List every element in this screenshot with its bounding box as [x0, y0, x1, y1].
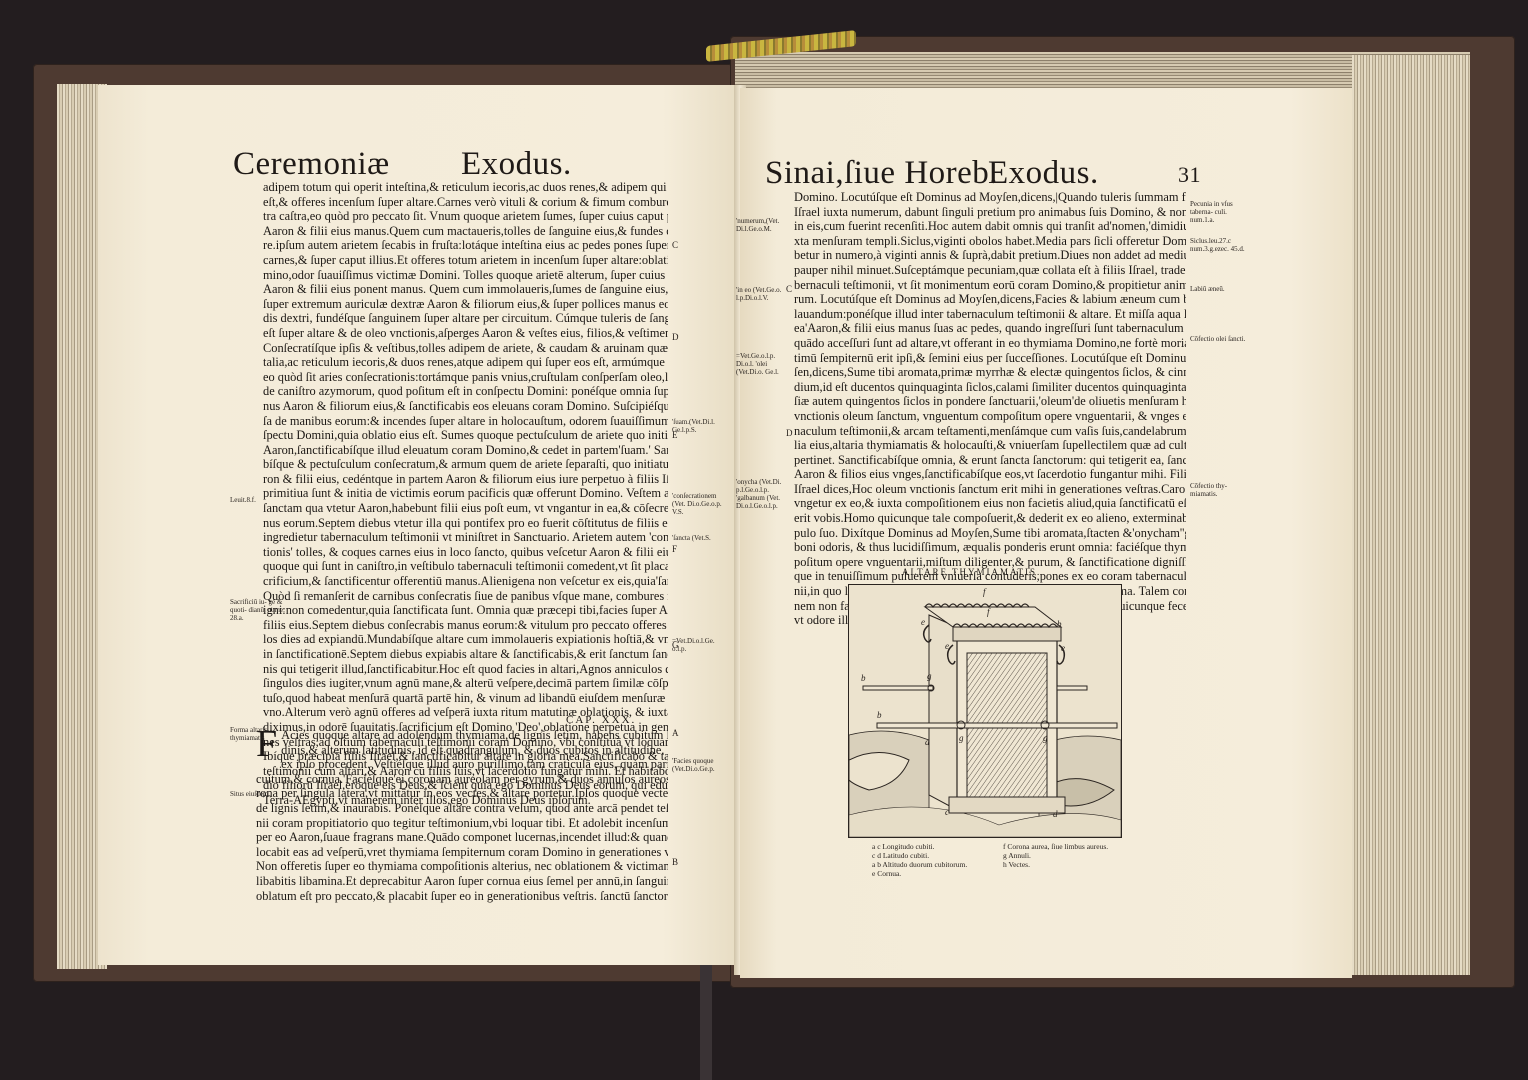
section-letter: F	[672, 544, 677, 554]
svg-text:g: g	[927, 671, 932, 681]
margin-note: Pecunia in vſus taberna- culi. num.1.a.	[1190, 200, 1246, 224]
text-line: in ſanctificationē.Septem diebus expiabi…	[263, 647, 668, 662]
text-line: Non offeretis ſuper eo thymiama compoſit…	[256, 859, 668, 874]
text-line: quoque qui ſunt in caniſtro,in veſtibulo…	[263, 559, 668, 574]
text-line: ingredietur tabernaculum teſtimonii vt m…	[263, 530, 668, 545]
text-line: dis dextri, fundéſque ſanguinem ſuper al…	[263, 311, 668, 326]
text-line: tuſo,quod habeat menſurā quartā partē hi…	[263, 691, 668, 706]
text-line: nis qui tetigerit illud,ſanctificabitur.…	[263, 662, 668, 677]
svg-text:b: b	[861, 673, 866, 683]
text-line: xta menſuram templi.Siclus,viginti obolo…	[794, 234, 1186, 249]
svg-text:g: g	[1043, 733, 1048, 743]
margin-note: =Vet.Di.o.l.Ge. o.l.p.	[672, 637, 728, 653]
section-letter: C	[672, 240, 678, 250]
figure-legend-right: f Corona aurea, ſiue limbus aureus. g An…	[1003, 842, 1108, 869]
text-line: dium,id eſt ducentos quinquaginta ſiclos…	[794, 380, 1186, 395]
section-letter: E	[672, 430, 678, 440]
text-line: ſpectu Domini,quia oblatio eius eſt. Sum…	[263, 428, 668, 443]
text-line: in eis,cum fuerint recenſiti.Hoc autem d…	[794, 219, 1186, 234]
margin-note: 'in eo (Vet.Ge.o. l.p.Di.o.l.V.	[736, 286, 792, 302]
text-line: cuitum,& cornua.'Faciéſque'ei coronam au…	[256, 772, 668, 787]
text-line: Conſecratíſque ipſis & veſtibus,tolles a…	[263, 341, 668, 356]
right-running-head-title: Sinai,ſiue Horeb.	[765, 155, 998, 192]
text-line: boni odoris, & thus lucidiſſimum, æquali…	[794, 540, 1186, 555]
text-line: mino,odor ſuauiſſimus victimæ Domini. To…	[263, 268, 668, 283]
text-line: naculum teſtimonii,& arcam teſtamenti,me…	[794, 424, 1186, 439]
chapter-30-text: F Acies quoque altare ad adolendum thymi…	[256, 728, 668, 903]
text-line: ſuper extremum auriculæ dextræ Aaron & f…	[263, 297, 668, 312]
text-line: Iſrael iuxta numerum, dabunt ſinguli pre…	[794, 205, 1186, 220]
text-line: Aaron & filios eius vnges,ſanctificabíſq…	[794, 467, 1186, 482]
text-line: crificium,& ſanctificentur offerentiū ma…	[263, 574, 668, 589]
margin-note: Forma altaris thymiamatis	[230, 726, 286, 742]
text-line: rum. Locutúſque eſt Dominus ad Moyſen,di…	[794, 292, 1186, 307]
text-line: eſt ſuper altare & de oleo vnctionis,aſp…	[263, 326, 668, 341]
svg-text:b: b	[877, 710, 882, 720]
svg-text:d: d	[1053, 809, 1058, 819]
text-line: nus eorum.Septem diebus vtetur illa qui …	[263, 516, 668, 531]
text-line: igni:non comedentur,quia ſanctificata ſu…	[263, 603, 668, 618]
margin-note: Cōfectio olei ſancti.	[1190, 335, 1246, 343]
section-letter: C	[786, 284, 792, 294]
text-line: Aaron & filii eius ponent manus. Quem cu…	[263, 282, 668, 297]
text-line: carnes,& ſuper caput illius.Et offeres t…	[263, 253, 668, 268]
section-letter: D	[786, 428, 793, 438]
svg-text:e: e	[1061, 643, 1065, 653]
margin-note: Cōfectio thy- miamatis.	[1190, 482, 1246, 498]
text-line: timū ſempiternū erit ipſi,& ſemini eius …	[794, 351, 1186, 366]
text-line: ſanctam qua vtetur Aaron,habebunt filii …	[263, 501, 668, 516]
text-line: ex ipſo procedent. Veſtiéſque illud auro…	[281, 757, 668, 772]
spine-shadow	[700, 962, 712, 1080]
text-line: de caniſtro azymorum, quod poſitum eſt i…	[263, 384, 668, 399]
figure-title: ALTARE THYMIAMATIS.	[902, 567, 1041, 577]
margin-note: =Vet.Ge.o.l.p. Di.o.l. 'olei (Vet.Di.o. …	[736, 352, 792, 376]
text-line: filiis eius.Septem diebus conſecrabis ma…	[263, 618, 668, 633]
margin-note: 'Facies quoque (Vet.Di.o.Ge.p.	[672, 757, 728, 773]
margin-note: Situs eiuſdem	[230, 790, 286, 798]
text-line: dinis,& alterum latitudinis, id eſt quad…	[281, 743, 668, 758]
text-line: oblatum eſt pro peccato,& placabit ſuper…	[256, 889, 668, 904]
text-line: betur in numero,à viginti annis & ſuprà,…	[794, 248, 1186, 263]
section-letter: D	[672, 332, 679, 342]
altar-of-incense-woodcut: f f b e e e b g b g g a c d	[848, 584, 1122, 838]
left-running-head-title: Ceremoniæ	[233, 146, 390, 183]
right-running-head-book: Exodus.	[988, 155, 1099, 192]
text-line: Iſrael dices,Hoc oleum vnctionis ſanctum…	[794, 482, 1186, 497]
margin-note: Leuit.8.f.	[230, 496, 286, 504]
text-line: talia,ac reticulum iecoris,& duos renes,…	[263, 355, 668, 370]
svg-text:b: b	[1057, 619, 1062, 629]
text-line: ſiæ autem quingentos ſiclos in pondere ſ…	[794, 394, 1186, 409]
label-f-top: f	[983, 587, 987, 597]
section-letter: B	[672, 857, 678, 867]
text-line: primitiua ſunt & initia de victimis eoru…	[263, 486, 668, 501]
text-line: re.ipſum autem arietem ſecabis in fruſta…	[263, 238, 668, 253]
left-running-head-book: Exodus.	[461, 146, 572, 183]
page-edges-right	[1352, 55, 1470, 975]
text-line: los dies ad expiandū.Mundabíſque altare …	[263, 632, 668, 647]
text-line: eo quòd ſit aries conſecrationis:tortámq…	[263, 370, 668, 385]
text-line: vnctionis oleum ſanctum, vnguentum compo…	[794, 409, 1186, 424]
right-page-body: Domino. Locutúſque eſt Dominus ad Moyſen…	[794, 190, 1186, 628]
text-line: de lignis ſetim,& inaurabis. Ponéſque al…	[256, 801, 668, 816]
text-line: quādo acceſſuri ſunt ad altare,vt offera…	[794, 336, 1186, 351]
text-line: ſingulos dies iugiter,vnum agnū mane,& a…	[263, 676, 668, 691]
svg-text:a: a	[925, 737, 930, 747]
svg-text:e: e	[945, 641, 949, 651]
text-line: ea'Aaron,& filii eius manus ſuas ac pede…	[794, 321, 1186, 336]
margin-note: 'ſancta (Vet.S.	[672, 534, 728, 542]
chapter-heading: CAP. XXX.	[566, 714, 636, 726]
text-line: lia eius,altaria thymiamatis & holocauſt…	[794, 438, 1186, 453]
text-line: pulo ſuo. Dixítque Dominus ad Moyſen,Sum…	[794, 526, 1186, 541]
text-line: tionis' tolles, & coques carnes eius in …	[263, 545, 668, 560]
text-line: eſt,& offeres incenſum ſuper altare.Carn…	[263, 195, 668, 210]
margin-note: Labiū æneū.	[1190, 285, 1246, 293]
text-line: libabitis libamina.Et deprecabitur Aaron…	[256, 874, 668, 889]
figure-legend-left: a c Longitudo cubiti. c d Latitudo cubit…	[872, 842, 967, 878]
margin-note: 'onycha (Vet.Di. p.l.Ge.o.l.p. 'galbanum…	[736, 478, 792, 510]
section-letter: A	[672, 728, 679, 738]
text-line: tra caſtra,eo quòd pro peccato ſit. Vnum…	[263, 209, 668, 224]
text-line: Quòd ſi remanſerit de carnibus conſecrat…	[263, 589, 668, 604]
text-line: ſen,dicens,Sume tibi aromata,primæ myrrh…	[794, 365, 1186, 380]
margin-note: 'numerum,(Vet. Di.l.Ge.o.M.	[736, 217, 792, 233]
svg-text:c: c	[945, 807, 949, 817]
text-line: pauper nihil minuet.Suſceptámque pecunia…	[794, 263, 1186, 278]
text-line: bíſque & pectuſculum conſecratum,& armum…	[263, 457, 668, 472]
text-line: adipem totum qui operit inteſtina,& reti…	[263, 180, 668, 195]
text-line: Aaron & filii eius manus.Quem cum mactau…	[263, 224, 668, 239]
text-line: ron & filii eius, cedéntque in partem Aa…	[263, 472, 668, 487]
text-line: vngetur ex eo,& iuxta compoſitionem eius…	[794, 496, 1186, 511]
text-line: bernaculi teſtimonii, vt ſit monimentum …	[794, 278, 1186, 293]
page-number: 31	[1178, 162, 1201, 188]
text-line: nus Aaron & filiorum eius,& ſanctificabi…	[263, 399, 668, 414]
margin-note: 'conſecrationem (Vet. Di.o.Ge.o.p. V.S.	[672, 492, 728, 516]
text-line: Acies quoque altare ad adolendum thymiam…	[281, 728, 668, 743]
margin-note: 'ſuam.(Vet.Di.l. Ge.l.p.S.	[672, 418, 728, 434]
svg-text:e: e	[921, 617, 925, 627]
text-line: nii coram propitiatorio quo tegitur teſt…	[256, 816, 668, 831]
section-letter: G	[672, 640, 679, 650]
text-line: ſa de manibus eorum:& incendes ſuper alt…	[263, 414, 668, 429]
svg-text:g: g	[959, 733, 964, 743]
margin-note: Siclus.leu.27.c num.3.g.ezec. 45.d.	[1190, 237, 1246, 253]
text-line: rona per ſingula latera,vt mittātur in e…	[256, 786, 668, 801]
margin-note: Sacrificiū iu- ge & quoti- dianū. nume. …	[230, 598, 286, 622]
text-line: lauandum:ponéſque illud inter tabernacul…	[794, 307, 1186, 322]
text-line: erit vobis.Homo quicunque tale compoſuer…	[794, 511, 1186, 526]
altar-illustration: f f b e e e b g b g g a c d	[849, 585, 1121, 837]
text-line: Aaron,ſanctificabíſque illud eleuatum co…	[263, 443, 668, 458]
text-line: locabit eas ad veſperū,vret thymiama ſem…	[256, 845, 668, 860]
text-line: Domino. Locutúſque eſt Dominus ad Moyſen…	[794, 190, 1186, 205]
text-line: pertinet. Sanctificabíſque omnia, & erun…	[794, 453, 1186, 468]
text-line: per eo Aaron,ſuaue fragrans mane.Quādo c…	[256, 830, 668, 845]
